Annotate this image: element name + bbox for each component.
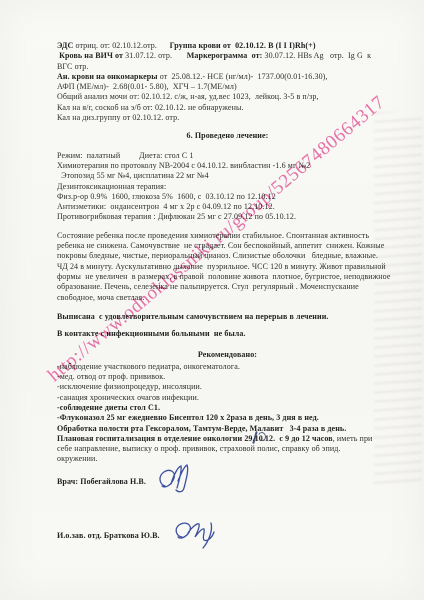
- status-paragraph: ребенка не снижена. Самочувствие не стра…: [57, 241, 412, 251]
- lab-line-eds: ЭДС отриц. от: 02.10.12.отр. Группа кров…: [57, 41, 412, 51]
- document-body: ЭДС отриц. от: 02.10.12.отр. Группа кров…: [57, 41, 412, 565]
- recommendation-item: -исключение физиопроцедур, инсоляции.: [57, 382, 412, 392]
- recommendations-title: Рекомендовано:: [57, 350, 412, 360]
- lab-line-hiv: Кровь на ВИЧ от 31.07.12. отр. Маркерогр…: [57, 51, 412, 61]
- status-paragraph: Состояние ребенка после проведения химио…: [57, 231, 412, 241]
- recommendation-item: Обработка полости рта Гексоралом, Тамтум…: [57, 424, 412, 434]
- section-title-treatment: 6. Проведено лечение:: [57, 131, 412, 141]
- status-paragraph: ЧД 24 в минуту. Аускультативно дыхание п…: [57, 262, 412, 272]
- lab-line-afp: АФП (МЕ/мл)- 2.68(0.01- 5.80), ХГЧ – 1.7…: [57, 82, 412, 92]
- signature-line-doctor: Врач: Побегайлова Н.В.: [57, 477, 412, 509]
- recommendation-item: -санация хронических очагов инфекции.: [57, 393, 412, 403]
- contacts-note: В контакте с инфекционными больными не б…: [57, 329, 412, 339]
- treatment-regime: Режим: палатный Диета: стол С 1: [57, 151, 412, 161]
- head-signature-ink: [170, 517, 228, 551]
- treatment-antiemetics: Антиэметики: ондансентрон 4 мг х 2р с 04…: [57, 202, 412, 212]
- status-paragraph: покровы бледные, чистые, периоральный ци…: [57, 251, 412, 261]
- recommendation-item: -мед. отвод от проф. прививок.: [57, 372, 412, 382]
- lab-line-urine: Общий анализ мочи от: 02.10.12. с/ж, н-а…: [57, 92, 412, 102]
- treatment-chemo: Химиотерапия по протоколу NB-2004 с 04.1…: [57, 161, 412, 171]
- recommendation-item: -соблюдение диеты стол С1.: [57, 403, 412, 413]
- lab-line-vgs: ВГС отр.: [57, 62, 412, 72]
- scanned-discharge-document: ЭДС отриц. от: 02.10.12.отр. Группа кров…: [0, 0, 424, 600]
- lab-line-stool1: Кал на я/г, соскоб на э/б от: 02.10.12. …: [57, 103, 412, 113]
- doctor-signature-ink: [156, 463, 208, 495]
- hospitalization-note: себе направление, выписку о проф. привив…: [57, 444, 412, 454]
- lab-line-oncomarkers: Ан. крови на онкомаркеры от 25.08.12.- Н…: [57, 72, 412, 82]
- treatment-detox: Дезинтоксикационная терапия:: [57, 182, 412, 192]
- treatment-saline: Физ.р-ор 0.9% 1600, глюкоза 5% 1600, с 0…: [57, 192, 412, 202]
- status-paragraph: формы не увеличен в размерах, в правой п…: [57, 272, 412, 282]
- status-paragraph: образование. Печень, селезенка не пальпи…: [57, 282, 412, 292]
- discharge-note: Выписана с удовлетворительным самочувств…: [57, 312, 412, 322]
- hospitalization-note: окружении.: [57, 454, 412, 464]
- recommendation-item: -Флуконазол 25 мг ежедневно Бисептол 120…: [57, 413, 412, 423]
- hospitalization-note: Плановая госпитализация в отделение онко…: [57, 434, 412, 444]
- signature-line-head: И.о.зав. отд. Браткова Ю.В.: [57, 531, 412, 565]
- treatment-etoposide: Этопозид 55 мг №4, цисплатина 22 мг №4: [57, 171, 412, 181]
- recommendation-item: -наблюдение участкового педиатра, онкоге…: [57, 362, 412, 372]
- treatment-antifungal: Противогрибковая терапия : Дифлюкан 25 м…: [57, 212, 412, 222]
- status-paragraph: свободное, моча светлая.: [57, 293, 412, 303]
- lab-line-stool2: Кал на диз.группу от 02.10.12. отр.: [57, 113, 412, 123]
